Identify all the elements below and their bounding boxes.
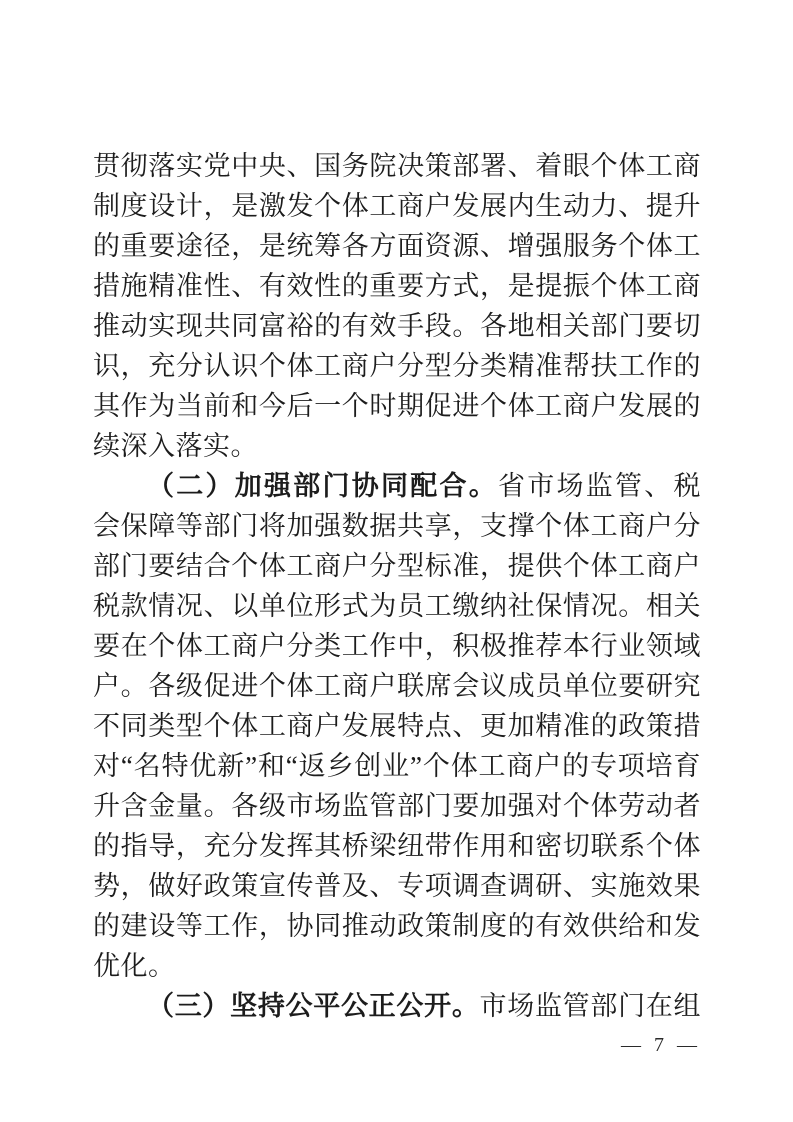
text-line: 势，做好政策宣传普及、专项调查调研、实施效果评估、推动党: [93, 866, 701, 906]
paragraph-lead: （三）坚持公平公正公开。: [147, 991, 480, 1021]
text-line: 识，充分认识个体工商户分型分类精准帮扶工作的重要意义，将: [93, 346, 701, 386]
text-line: 推动实现共同富裕的有效手段。各地相关部门要切实提高思想认: [93, 306, 701, 346]
document-page: 贯彻落实党中央、国务院决策部署、着眼个体工商户长远发展的制度设计，是激发个体工商…: [0, 0, 793, 1122]
text-line: 贯彻落实党中央、国务院决策部署、着眼个体工商户长远发展的: [93, 146, 701, 186]
text-line: 的建设等工作，协同推动政策制度的有效供给和发展环境的持续: [93, 906, 701, 946]
text-line: 会保障等部门将加强数据共享，支撑个体工商户分型判定。税务: [93, 506, 701, 546]
text-line: 续深入落实。: [93, 426, 701, 466]
text-line: 税款情况、以单位形式为员工缴纳社保情况。相关行业主管部门: [93, 586, 701, 626]
text-line: 的重要途径，是统筹各方面资源、增强服务个体工商户各项政策: [93, 226, 701, 266]
text-line: 制度设计，是激发个体工商户发展内生动力、提升总体发展质量: [93, 186, 701, 226]
text-line: 优化。: [93, 946, 701, 986]
text-line: 的指导，充分发挥其桥梁纽带作用和密切联系个体工商户的优: [93, 826, 701, 866]
text-line: 其作为当前和今后一个时期促进个体工商户发展的重要手段，持: [93, 386, 701, 426]
text-line: 不同类型个体工商户发展特点、更加精准的政策措施，特别是针: [93, 706, 701, 746]
page-number: — 7 —: [621, 1034, 701, 1057]
text-line: 要在个体工商户分类工作中，积极推荐本行业领域优秀个体工商: [93, 626, 701, 666]
text-line: 升含金量。各级市场监管部门要加强对个体劳动者私营企业协会: [93, 786, 701, 826]
text-line: 部门要结合个体工商户分型标准，提供个体工商户缴纳不同幅度: [93, 546, 701, 586]
text-line: 户。各级促进个体工商户联席会议成员单位要研究出台更加符合: [93, 666, 701, 706]
paragraph-lead: （二）加强部门协同配合。: [147, 471, 498, 501]
text-line: 措施精准性、有效性的重要方式，是提振个体工商户发展信心、: [93, 266, 701, 306]
text-line: （二）加强部门协同配合。省市场监管、税务、人力资源社: [93, 466, 701, 506]
document-body: 贯彻落实党中央、国务院决策部署、着眼个体工商户长远发展的制度设计，是激发个体工商…: [93, 146, 701, 1026]
text-line: 对“名特优新”和“返乡创业”个体工商户的专项培育政策，提: [93, 746, 701, 786]
text-line: （三）坚持公平公正公开。市场监管部门在组织开展“名特: [93, 986, 701, 1026]
